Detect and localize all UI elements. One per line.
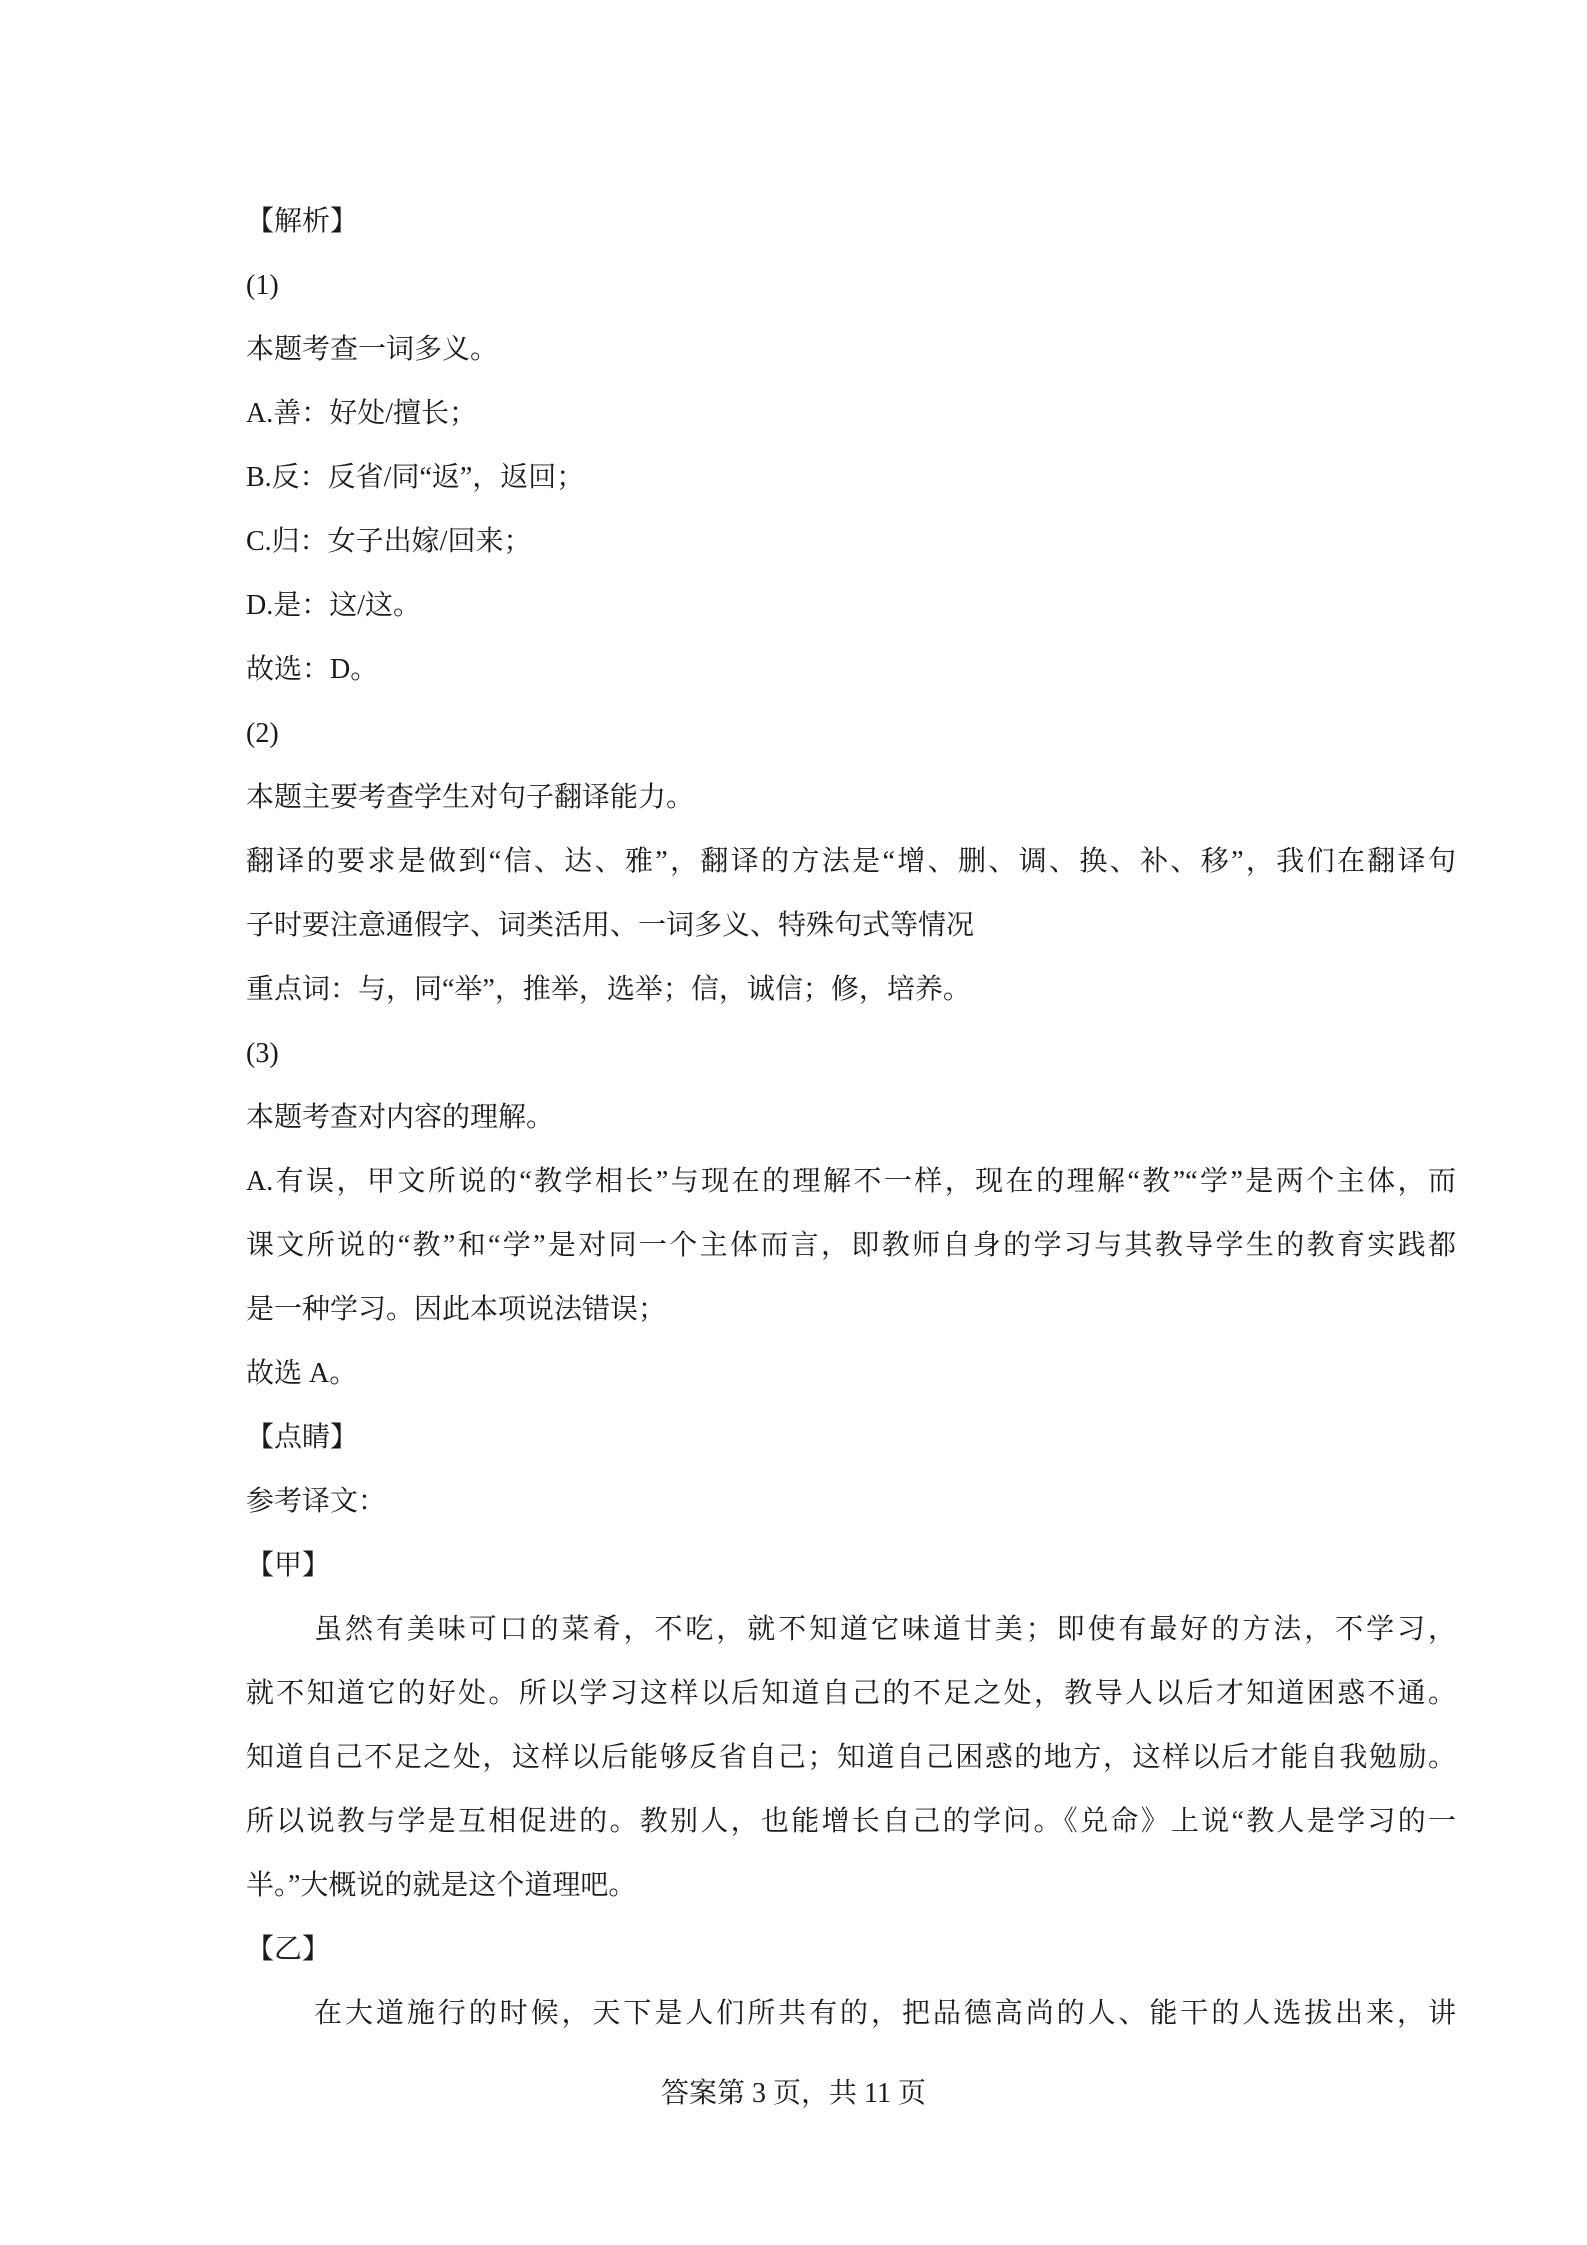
q1-answer: 故选：D。 [246, 638, 1456, 702]
reference-translation-label: 参考译文： [246, 1470, 1456, 1534]
q3-option-a-line-2: 课文所说的“教”和“学”是对同一个主体而言，即教师自身的学习与其教导学生的教育实… [246, 1214, 1456, 1278]
q3-number: (3) [246, 1022, 1456, 1086]
q3-intro: 本题考查对内容的理解。 [246, 1086, 1456, 1150]
jia-translation-line-2: 就不知道它的好处。所以学习这样以后知道自己的不足之处，教导人以后才知道困惑不通。 [246, 1662, 1456, 1726]
q3-answer: 故选 A。 [246, 1342, 1456, 1406]
q2-method-line-2: 子时要注意通假字、词类活用、一词多义、特殊句式等情况 [246, 894, 1456, 958]
q1-number: (1) [246, 254, 1456, 318]
document-page: 【解析】 (1) 本题考查一词多义。 A.善：好处/擅长； B.反：反省/同“返… [0, 0, 1587, 2245]
answer-explanation-body: 【解析】 (1) 本题考查一词多义。 A.善：好处/擅长； B.反：反省/同“返… [246, 190, 1456, 2046]
q1-option-b: B.反：反省/同“返”，返回； [246, 446, 1456, 510]
q1-intro: 本题考查一词多义。 [246, 318, 1456, 382]
dianjing-section-header: 【点睛】 [246, 1406, 1456, 1470]
jia-translation-line-1: 虽然有美味可口的菜肴，不吃，就不知道它味道甘美；即使有最好的方法，不学习， [246, 1598, 1456, 1662]
q2-keywords: 重点词：与，同“举”，推举，选举；信，诚信；修，培养。 [246, 958, 1456, 1022]
passage-yi-header: 【乙】 [246, 1918, 1456, 1982]
q2-number: (2) [246, 702, 1456, 766]
analysis-section-header: 【解析】 [246, 190, 1456, 254]
q1-option-c: C.归：女子出嫁/回来； [246, 510, 1456, 574]
passage-jia-header: 【甲】 [246, 1534, 1456, 1598]
q3-option-a-line-3: 是一种学习。因此本项说法错误； [246, 1278, 1456, 1342]
jia-translation-line-4: 所以说教与学是互相促进的。教别人，也能增长自己的学问。《兑命》上说“教人是学习的… [246, 1790, 1456, 1854]
yi-translation-line-1: 在大道施行的时候，天下是人们所共有的，把品德高尚的人、能干的人选拔出来，讲 [246, 1982, 1456, 2046]
jia-translation-line-5: 半。”大概说的就是这个道理吧。 [246, 1854, 1456, 1918]
q3-option-a-line-1: A.有误，甲文所说的“教学相长”与现在的理解不一样，现在的理解“教”“学”是两个… [246, 1150, 1456, 1214]
q1-option-a: A.善：好处/擅长； [246, 382, 1456, 446]
jia-translation-line-3: 知道自己不足之处，这样以后能够反省自己；知道自己困惑的地方，这样以后才能自我勉励… [246, 1726, 1456, 1790]
q1-option-d: D.是：这/这。 [246, 574, 1456, 638]
q2-intro: 本题主要考查学生对句子翻译能力。 [246, 766, 1456, 830]
q2-method-line-1: 翻译的要求是做到“信、达、雅”，翻译的方法是“增、删、调、换、补、移”，我们在翻… [246, 830, 1456, 894]
page-footer: 答案第 3 页，共 11 页 [0, 2062, 1587, 2126]
